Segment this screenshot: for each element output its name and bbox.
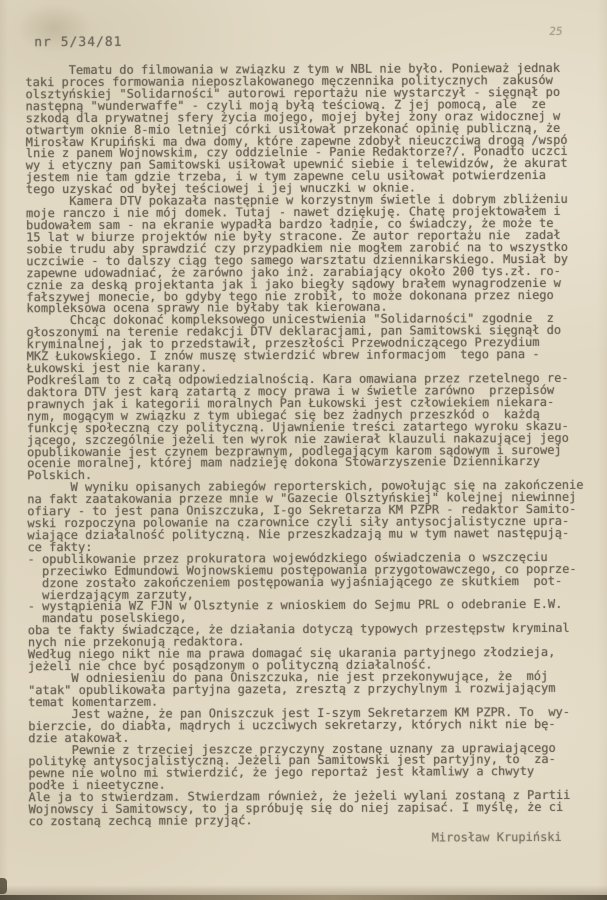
document-number: nr 5/34/81 — [34, 35, 122, 50]
text-line: wiające działalność polityczną. Nie prze… — [27, 528, 587, 542]
document-content: nr 5/34/81 25 Tematu do filmowania w zwi… — [0, 0, 607, 900]
scan-corner-mark — [0, 878, 7, 894]
page-number: 25 — [548, 25, 563, 38]
document-body: Tematu do filmowania w związku z tym w N… — [25, 63, 588, 828]
scanned-document-page: nr 5/34/81 25 Tematu do filmowania w zwi… — [0, 0, 607, 900]
scan-bottom-edge — [0, 895, 607, 900]
text-line: co zostaną zechcą mnie przyjąć. — [29, 814, 589, 828]
signature: Mirosław Krupiński — [432, 830, 562, 845]
scan-bottom-shadow — [0, 885, 607, 895]
